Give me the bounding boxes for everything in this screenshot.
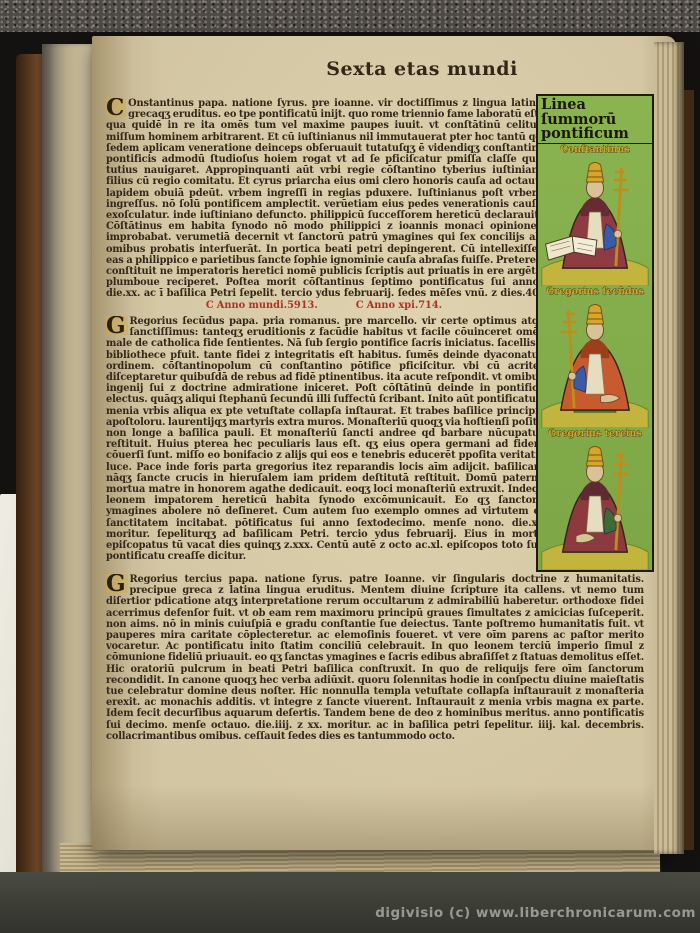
paragraph-body: Onstantinus papa. natione ſyrus. pre ioa…	[106, 98, 542, 300]
paragraph-body: Regorius tercius papa. natione ſyrus. pa…	[106, 574, 644, 742]
book-cover-right	[684, 90, 694, 850]
paragraph-constantinus: COnstantinus papa. natione ſyrus. pre io…	[106, 98, 542, 300]
floor	[0, 872, 700, 933]
rubric-anno-mundi: CAnno mundi.5913.	[206, 300, 318, 311]
paragraph-gregorius-secundus: GRegorius ſecūdus papa. pria romanus. pr…	[106, 316, 544, 572]
pope-woodcut-gregorius-tercius	[538, 440, 652, 570]
paragraph-body: Regorius ſecūdus papa. pria romanus. pre…	[106, 316, 544, 562]
rubric-anno-christi: CAnno xpi.714.	[356, 300, 442, 311]
digitization-watermark: digivisio (c) www.liberchronicarum.com	[375, 905, 696, 921]
pontiff-lineage-column: Linea ſummorū pontificum Conſtantinus	[536, 94, 654, 572]
right-page-edges	[654, 42, 684, 854]
column-title-line2: pontificum	[541, 127, 652, 142]
pope-woodcut-constantinus	[538, 156, 652, 286]
pope-woodcut-icon	[538, 298, 652, 428]
capitulum-mark-icon: C	[206, 300, 214, 311]
dropcap-initial: G	[106, 574, 128, 593]
carpet-texture	[0, 0, 700, 32]
pope-name-gregorius-secundus: Gregorius ſecūdus	[538, 286, 652, 298]
pope-woodcut-icon	[538, 440, 652, 570]
pope-woodcut-gregorius-secundus	[538, 298, 652, 428]
pope-name-gregorius-tercius: Gregorius tercius	[538, 428, 652, 440]
rubric-line: CAnno mundi.5913. CAnno xpi.714.	[106, 300, 542, 311]
open-page: Sexta etas mundi COnstantinus papa. nati…	[92, 36, 676, 850]
anno-mundi-text: Anno mundi.5913.	[217, 300, 318, 311]
anno-christi-text: Anno xpi.714.	[367, 300, 442, 311]
page-heading: Sexta etas mundi	[182, 58, 662, 80]
column-title-line1: Linea ſummorū	[541, 98, 652, 127]
column-title: Linea ſummorū pontificum	[538, 96, 652, 144]
left-page-edges	[42, 44, 96, 874]
paragraph-gregorius-tercius: GRegorius tercius papa. natione ſyrus. p…	[106, 574, 644, 798]
pope-woodcut-icon	[538, 156, 652, 286]
dropcap-initial: C	[106, 98, 126, 117]
pope-name-constantinus: Conſtantinus	[538, 144, 652, 156]
capitulum-mark-icon: C	[356, 300, 364, 311]
dropcap-initial: G	[106, 316, 128, 335]
